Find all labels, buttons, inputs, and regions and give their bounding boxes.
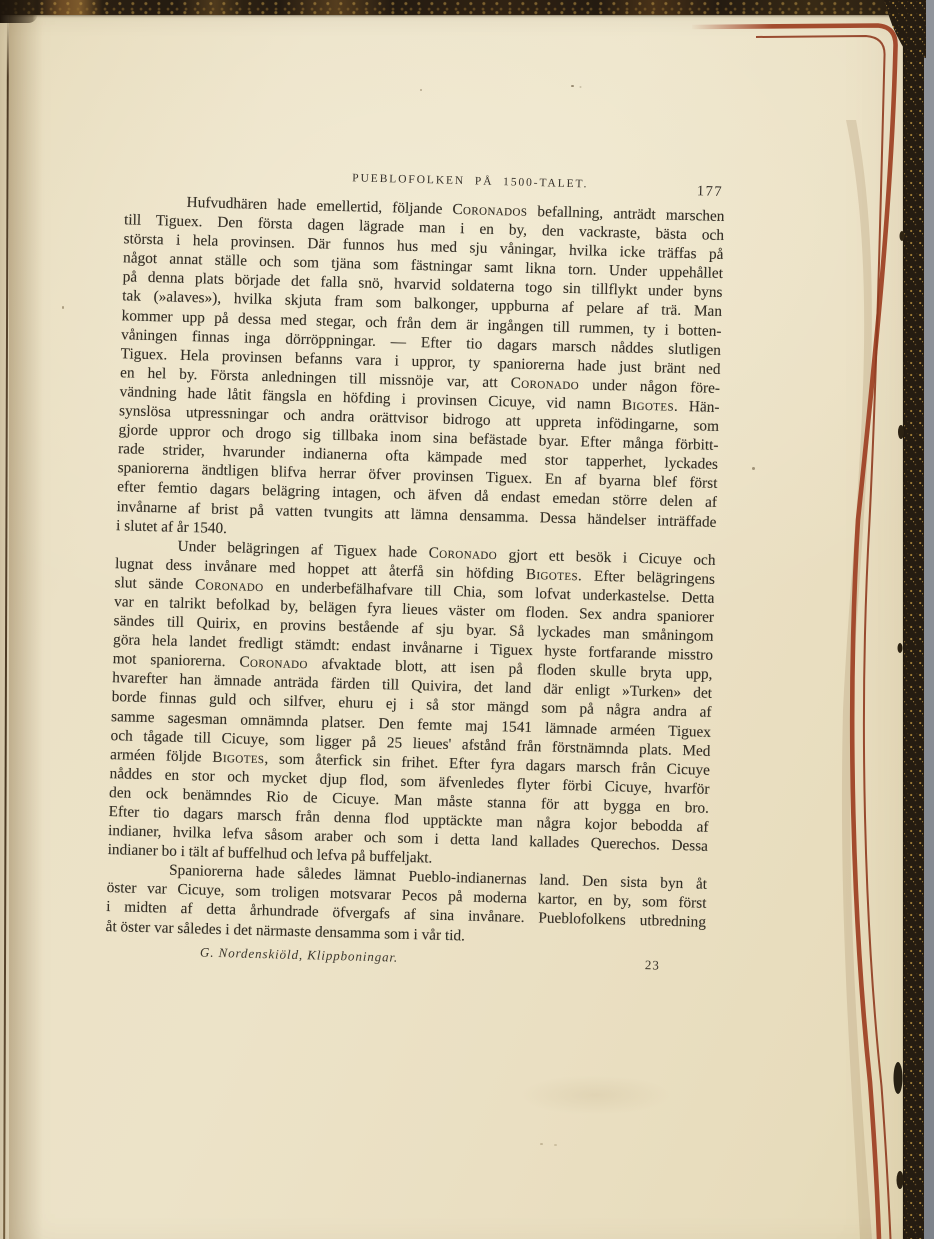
endpaper-red-border-inner: [756, 36, 891, 1239]
signature-number: 23: [645, 957, 660, 973]
paper-speck: [540, 1143, 543, 1145]
footer-attribution: G. Nordenskiöld, Klippboningar.: [200, 944, 399, 965]
paper-speck: [752, 467, 755, 470]
paper-speck: [420, 89, 422, 91]
paper-speck: [571, 85, 574, 87]
body-text: Hufvudhären hade emellertid, följande Co…: [105, 191, 724, 951]
scanned-book-page: { "document": { "running_head": "PUEBLOF…: [0, 0, 934, 1239]
page-number: 177: [697, 183, 724, 201]
marbled-cover-band: [903, 36, 924, 1239]
paper-smudge: [520, 1075, 670, 1115]
paper-speck: [62, 306, 64, 309]
printed-text-block: PUEBLOFOLKEN PÅ 1500-TALET. 177 Hufvudhä…: [105, 166, 726, 975]
